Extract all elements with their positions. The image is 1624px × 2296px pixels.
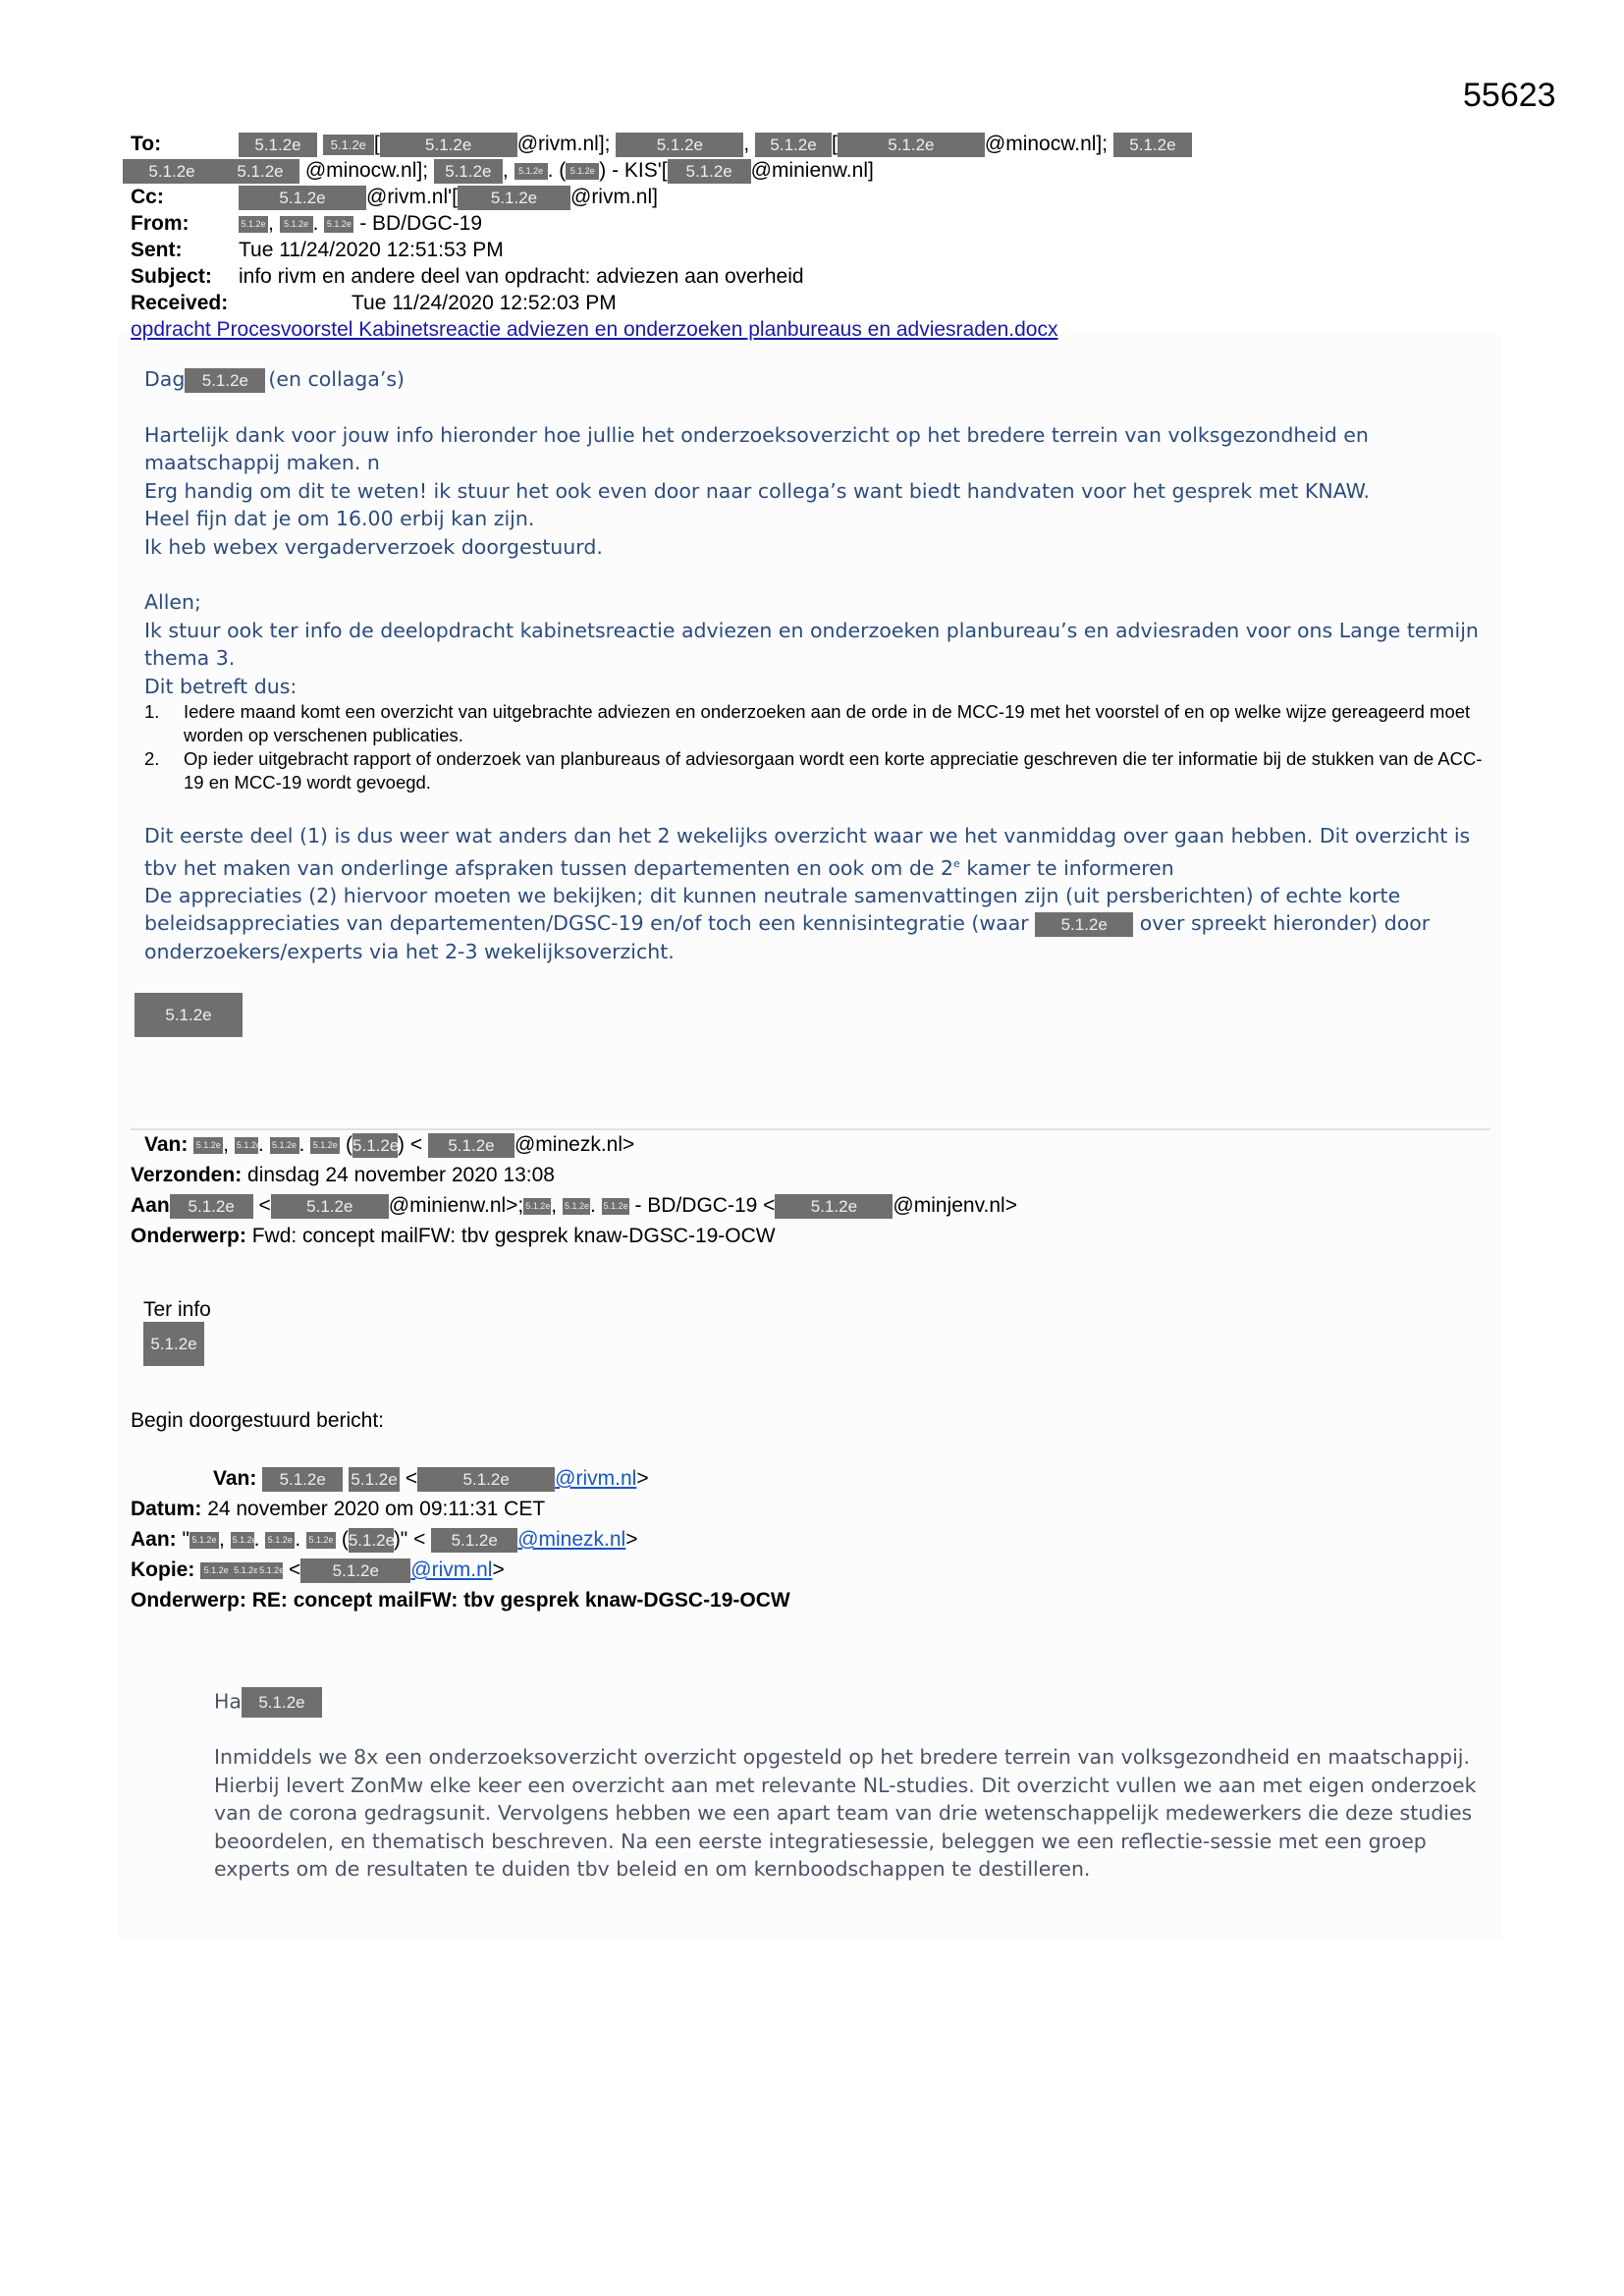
redaction: 5.1.2e xyxy=(262,1467,343,1492)
redaction: 5.1.2e xyxy=(434,159,503,184)
list-text: Iedere maand komt een overzicht van uitg… xyxy=(184,701,1470,745)
sent-value: Tue 11/24/2020 12:51:53 PM xyxy=(239,239,504,261)
van-label: Van: xyxy=(144,1133,188,1156)
superscript: e xyxy=(953,857,960,870)
greeting-suffix: (en collaga’s) xyxy=(268,367,405,391)
department: - BD/DGC-19 < xyxy=(634,1194,775,1217)
redaction: 5.1.2e xyxy=(602,1198,629,1215)
redaction: 5.1.2e xyxy=(323,135,374,155)
begin-forward: Begin doorgestuurd bericht: xyxy=(131,1405,1505,1436)
quoted-message-body: Ha5.1.2e Inmiddels we 8x een onderzoekso… xyxy=(214,1687,1490,1884)
paragraph: Inmiddels we 8x een onderzoeksoverzicht … xyxy=(214,1743,1490,1884)
redaction: 5.1.2e xyxy=(324,216,353,233)
aan-label: Aan: xyxy=(131,1528,177,1551)
redaction: 5.1.2e xyxy=(838,133,985,157)
email-header: To:5.1.2e 5.1.2e[5.1.2e@rivm.nl]; 5.1.2e… xyxy=(131,131,1505,343)
redaction: 5.1.2e xyxy=(123,159,221,184)
redaction: 5.1.2e xyxy=(189,1532,219,1549)
redaction: 5.1.2e xyxy=(428,1133,514,1158)
numbered-list: 1.Iedere maand komt een overzicht van ui… xyxy=(144,700,1499,794)
redaction: 5.1.2e xyxy=(349,1528,394,1553)
email-link[interactable]: @minezk.nl xyxy=(517,1528,625,1551)
redaction: 5.1.2e xyxy=(616,133,743,157)
paragraph: Ik heb webex vergaderverzoek doorgestuur… xyxy=(144,533,1499,562)
redaction: 5.1.2e xyxy=(306,1532,336,1549)
list-number: 2. xyxy=(144,747,159,771)
redaction: 5.1.2e xyxy=(170,1194,253,1219)
redaction: 5.1.2e xyxy=(514,163,548,180)
redaction: 5.1.2e xyxy=(523,1198,551,1215)
sent-row: Sent:Tue 11/24/2020 12:51:53 PM xyxy=(131,237,1505,263)
onderwerp-value: Fwd: concept mailFW: tbv gesprek knaw-DG… xyxy=(252,1225,776,1247)
redaction: 5.1.2e xyxy=(270,1137,299,1154)
redaction: 5.1.2e xyxy=(431,1528,517,1553)
onderwerp-row: Onderwerp: Fwd: concept mailFW: tbv gesp… xyxy=(131,1221,1505,1251)
email-domain: @rivm.nl] xyxy=(570,186,658,208)
greeting: Ha5.1.2e xyxy=(214,1687,1490,1718)
redaction: 5.1.2e xyxy=(235,1137,258,1154)
email-domain: @rivm.nl'[ xyxy=(366,186,458,208)
aan-row: Aan5.1.2e <5.1.2e@minienw.nl>;5.1.2e, 5.… xyxy=(131,1190,1505,1221)
redaction: 5.1.2e xyxy=(1035,912,1133,937)
onderwerp-row: Onderwerp: RE: concept mailFW: tbv gespr… xyxy=(131,1585,1505,1615)
redaction: 5.1.2e xyxy=(200,1562,232,1579)
kopie-row: Kopie: 5.1.2e5.1.2e5.1.2e <5.1.2e@rivm.n… xyxy=(131,1555,1505,1585)
paragraph: De appreciaties (2) hiervoor moeten we b… xyxy=(144,882,1499,966)
from-department: - BD/DGC-19 xyxy=(359,212,482,235)
van-row: Van: 5.1.2e, 5.1.2e. 5.1.2e. 5.1.2e (5.1… xyxy=(144,1129,1505,1160)
redaction: 5.1.2e xyxy=(668,159,751,184)
redaction: 5.1.2e xyxy=(242,1687,322,1718)
datum-value: 24 november 2020 om 09:11:31 CET xyxy=(207,1498,545,1520)
subject-label: Subject: xyxy=(131,263,239,290)
paragraph: Allen; xyxy=(144,588,1499,617)
email-link[interactable]: @rivm.nl xyxy=(555,1467,636,1490)
attachment-link[interactable]: opdracht Procesvoorstel Kabinetsreactie … xyxy=(131,318,1057,341)
greeting-text: Dag xyxy=(144,367,185,391)
redaction: 5.1.2e xyxy=(239,186,366,210)
email-link[interactable]: @rivm.nl xyxy=(410,1558,492,1581)
paragraph: Dit eerste deel (1) is dus weer wat ande… xyxy=(144,822,1499,882)
list-text: Op ieder uitgebracht rapport of onderzoe… xyxy=(184,748,1483,793)
redaction: 5.1.2e xyxy=(566,163,599,180)
redaction: 5.1.2e xyxy=(185,368,265,393)
email-domain: @minienw.nl>; xyxy=(389,1194,523,1217)
van-label: Van: xyxy=(213,1467,256,1490)
van-row: Van: 5.1.2e 5.1.2e <5.1.2e@rivm.nl> xyxy=(213,1463,1505,1494)
list-item: 2.Op ieder uitgebracht rapport of onderz… xyxy=(144,747,1499,794)
paragraph: Erg handig om dit te weten! ik stuur het… xyxy=(144,477,1499,506)
redaction: 5.1.2e xyxy=(417,1467,555,1492)
email-domain: @rivm.nl]; xyxy=(517,133,611,155)
redaction: 5.1.2e xyxy=(257,1562,283,1579)
redaction: 5.1.2e xyxy=(271,1194,389,1219)
verzonden-value: dinsdag 24 november 2020 13:08 xyxy=(247,1164,555,1186)
received-label: Received: xyxy=(131,290,352,316)
paragraph-text: Dit eerste deel (1) is dus weer wat ande… xyxy=(144,824,1470,879)
aan-label: Aan xyxy=(131,1194,170,1217)
cc-label: Cc: xyxy=(131,184,239,210)
aan-row: Aan: "5.1.2e, 5.1.2e. 5.1.2e. 5.1.2e (5.… xyxy=(131,1524,1505,1555)
redaction: 5.1.2e xyxy=(239,133,317,157)
redaction: 5.1.2e xyxy=(352,1133,398,1158)
redaction: 5.1.2e xyxy=(135,993,243,1037)
onderwerp-label: Onderwerp: xyxy=(131,1225,246,1247)
document-number: 55623 xyxy=(1463,77,1556,115)
subject-value: info rivm en andere deel van opdracht: a… xyxy=(239,265,804,288)
from-row: From:5.1.2e, 5.1.2e. 5.1.2e - BD/DGC-19 xyxy=(131,210,1505,237)
paragraph: Ik stuur ook ter info de deelopdracht ka… xyxy=(144,617,1499,673)
to-row-continued: 5.1.2e5.1.2e @minocw.nl]; 5.1.2e, 5.1.2e… xyxy=(123,157,1505,184)
cc-row: Cc:5.1.2e@rivm.nl'[5.1.2e@rivm.nl] xyxy=(131,184,1505,210)
redaction: 5.1.2e xyxy=(232,1562,257,1579)
paragraph: Dit betreft dus: xyxy=(144,673,1499,701)
ter-info-signature: 5.1.2e xyxy=(143,1322,1505,1366)
redaction: 5.1.2e xyxy=(143,1322,204,1366)
datum-label: Datum: xyxy=(131,1498,201,1520)
received-row: Received:Tue 11/24/2020 12:52:03 PM xyxy=(131,290,1505,316)
redaction: 5.1.2e xyxy=(380,133,517,157)
redaction: 5.1.2e xyxy=(231,1532,254,1549)
redaction: 5.1.2e xyxy=(265,1532,295,1549)
ter-info: Ter info xyxy=(143,1298,1505,1322)
email-domain: @minocw.nl]; xyxy=(985,133,1108,155)
paragraph-text: kamer te informeren xyxy=(960,855,1174,879)
to-label: To: xyxy=(131,131,239,157)
redaction: 5.1.2e xyxy=(239,216,268,233)
separator: . xyxy=(548,159,554,182)
verzonden-row: Verzonden: dinsdag 24 november 2020 13:0… xyxy=(131,1160,1505,1190)
to-row: To:5.1.2e 5.1.2e[5.1.2e@rivm.nl]; 5.1.2e… xyxy=(131,131,1505,157)
list-item: 1.Iedere maand komt een overzicht van ui… xyxy=(144,700,1499,747)
redaction: 5.1.2e xyxy=(310,1137,340,1154)
list-number: 1. xyxy=(144,700,159,724)
subject-row: Subject:info rivm en andere deel van opd… xyxy=(131,263,1505,290)
redaction: 5.1.2e xyxy=(193,1137,223,1154)
separator: ( xyxy=(559,159,566,182)
paragraph: Hartelijk dank voor jouw info hieronder … xyxy=(144,421,1499,477)
email-domain: @minocw.nl]; xyxy=(305,159,428,182)
email-domain: @minjenv.nl> xyxy=(893,1194,1017,1217)
kis-label: ) - KIS'[ xyxy=(599,159,667,182)
message-body: Dag5.1.2e(en collaga’s) Hartelijk dank v… xyxy=(144,365,1499,1037)
redaction: 5.1.2e xyxy=(755,133,832,157)
separator: , xyxy=(503,159,509,182)
forward-header: Van: 5.1.2e, 5.1.2e. 5.1.2e. 5.1.2e (5.1… xyxy=(131,1129,1505,1457)
redaction: 5.1.2e xyxy=(775,1194,893,1219)
redaction: 5.1.2e xyxy=(458,186,570,210)
datum-row: Datum: 24 november 2020 om 09:11:31 CET xyxy=(131,1494,1505,1524)
redaction: 5.1.2e xyxy=(280,216,313,233)
from-label: From: xyxy=(131,210,239,237)
forward-header-2: Van: 5.1.2e 5.1.2e <5.1.2e@rivm.nl> Datu… xyxy=(131,1463,1505,1615)
greeting-text: Ha xyxy=(214,1690,242,1714)
greeting: Dag5.1.2e(en collaga’s) xyxy=(144,365,1499,394)
separator: , xyxy=(743,133,749,155)
redaction: 5.1.2e xyxy=(1113,133,1192,157)
attachment-row: opdracht Procesvoorstel Kabinetsreactie … xyxy=(131,316,1505,343)
redaction: 5.1.2e xyxy=(221,159,299,184)
verzonden-label: Verzonden: xyxy=(131,1164,242,1186)
redaction: 5.1.2e xyxy=(563,1198,590,1215)
onderwerp-value: RE: concept mailFW: tbv gesprek knaw-DGS… xyxy=(252,1589,790,1612)
onderwerp-label: Onderwerp: xyxy=(131,1589,246,1612)
redaction: 5.1.2e xyxy=(349,1467,400,1492)
sent-label: Sent: xyxy=(131,237,239,263)
received-value: Tue 11/24/2020 12:52:03 PM xyxy=(352,292,617,314)
signature: 5.1.2e xyxy=(144,993,1499,1037)
paragraph: Heel fijn dat je om 16.00 erbij kan zijn… xyxy=(144,505,1499,533)
email-domain: @minezk.nl> xyxy=(514,1133,634,1156)
kopie-label: Kopie: xyxy=(131,1558,194,1581)
email-domain: @minienw.nl] xyxy=(751,159,874,182)
redaction: 5.1.2e xyxy=(300,1558,410,1583)
